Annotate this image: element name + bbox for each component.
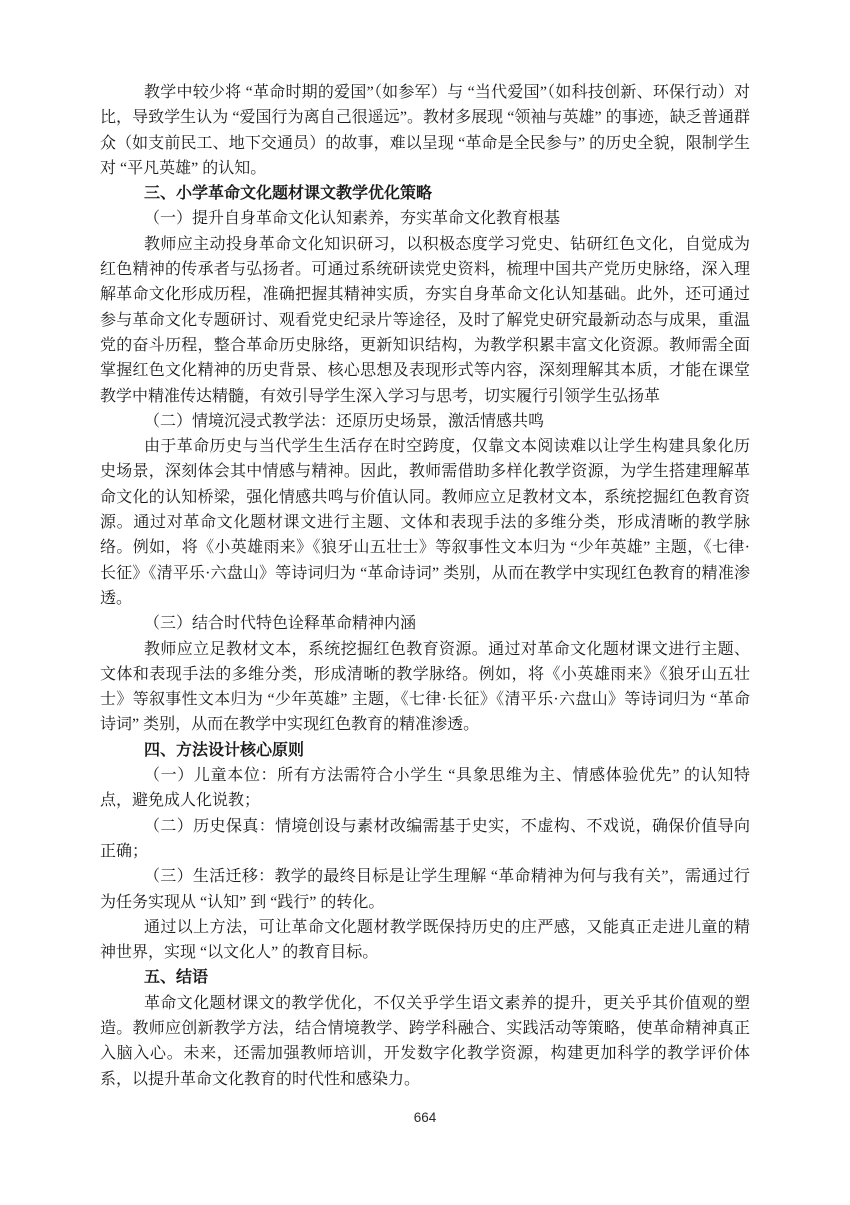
paragraph-principle-3: （三）生活迁移：教学的最终目标是让学生理解 “革命精神为何与我有关”，需通过行为… <box>100 864 750 915</box>
page-number: 664 <box>0 1110 850 1125</box>
document-body: 教学中较少将 “革命时期的爱国”（如参军）与 “当代爱国”（如科技创新、环保行动… <box>100 80 750 1092</box>
section-heading-3: 三、小学革命文化题材课文教学优化策略 <box>100 181 750 206</box>
document-page: 教学中较少将 “革命时期的爱国”（如参军）与 “当代爱国”（如科技创新、环保行动… <box>0 0 850 1205</box>
subsection-heading-3-2: （二）情境沉浸式教学法：还原历史场景，激活情感共鸣 <box>100 409 750 434</box>
paragraph: 教师应主动投身革命文化知识研习，以积极态度学习党史、钻研红色文化，自觉成为红色精… <box>100 232 750 409</box>
paragraph-summary: 通过以上方法，可让革命文化题材教学既保持历史的庄严感，又能真正走进儿童的精神世界… <box>100 915 750 966</box>
section-heading-5: 五、结语 <box>100 965 750 990</box>
paragraph-conclusion: 革命文化题材课文的教学优化，不仅关乎学生语文素养的提升，更关乎其价值观的塑造。教… <box>100 991 750 1092</box>
subsection-heading-3-1: （一）提升自身革命文化认知素养，夯实革命文化教育根基 <box>100 206 750 231</box>
subsection-heading-3-3: （三）结合时代特色诠释革命精神内涵 <box>100 611 750 636</box>
paragraph: 由于革命历史与当代学生生活存在时空跨度，仅靠文本阅读难以让学生构建具象化历史场景… <box>100 434 750 611</box>
paragraph-principle-1: （一）儿童本位：所有方法需符合小学生 “具象思维为主、情感体验优先” 的认知特点… <box>100 763 750 814</box>
paragraph-continued: 教学中较少将 “革命时期的爱国”（如参军）与 “当代爱国”（如科技创新、环保行动… <box>100 80 750 181</box>
paragraph-principle-2: （二）历史保真：情境创设与素材改编需基于史实，不虚构、不戏说，确保价值导向正确； <box>100 814 750 865</box>
section-heading-4: 四、方法设计核心原则 <box>100 738 750 763</box>
paragraph: 教师应立足教材文本，系统挖掘红色教育资源。通过对革命文化题材课文进行主题、文体和… <box>100 637 750 738</box>
